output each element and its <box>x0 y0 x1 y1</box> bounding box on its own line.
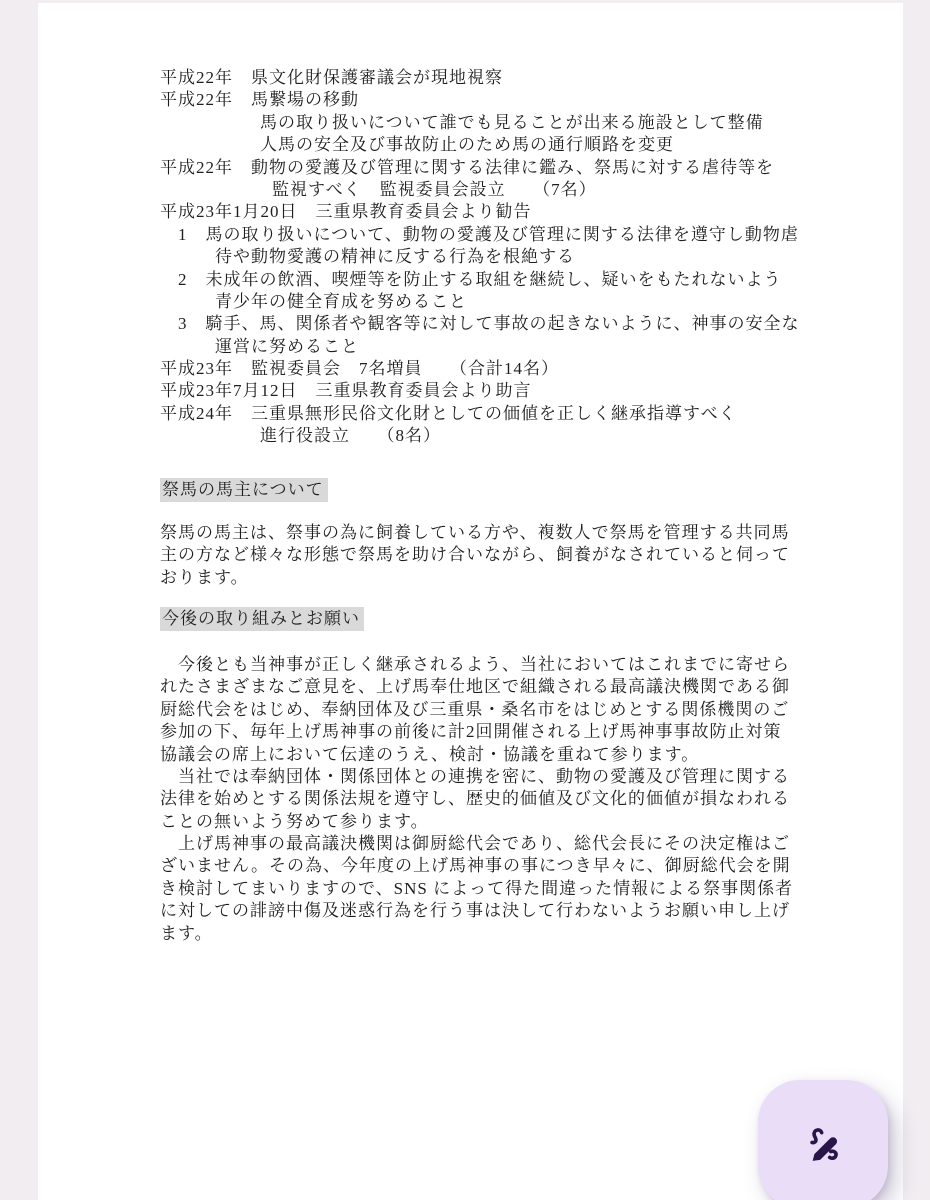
paragraph-line: 法律を始めとする関係法規を遵守し、歴史的価値及び文化的価値が損なわれる <box>160 788 860 810</box>
paragraph-line: 当社では奉納団体・関係団体との連携を密に、動物の愛護及び管理に関する <box>160 766 860 788</box>
section-heading-future-efforts: 今後の取り組みとお願い <box>160 607 364 631</box>
timeline-line: 平成22年 馬繋場の移動 <box>160 89 860 111</box>
timeline-line: 進行役設立 （8名） <box>160 425 860 447</box>
timeline-line: 運営に努めること <box>160 336 860 358</box>
section-heading-wrap-2: 今後の取り組みとお願い <box>160 607 364 631</box>
timeline-line: 平成22年 動物の愛護及び管理に関する法律に鑑み、祭馬に対する虐待等を <box>160 157 860 179</box>
timeline-line: 2 未成年の飲酒、喫煙等を防止する取組を継続し、疑いをもたれないよう <box>160 269 860 291</box>
timeline-line: 監視すべく 監視委員会設立 （7名） <box>160 179 860 201</box>
paragraph-line: 上げ馬神事の最高議決機関は御厨総代会であり、総代会長にその決定権はご <box>160 833 860 855</box>
timeline-line: 人馬の安全及び事故防止のため馬の通行順路を変更 <box>160 134 860 156</box>
section-heading-horse-owners: 祭馬の馬主について <box>160 478 328 502</box>
scribble-pen-icon <box>800 1121 846 1167</box>
timeline-line: 平成22年 県文化財保護審議会が現地視察 <box>160 67 860 89</box>
paragraph-horse-owners: 祭馬の馬主は、祭事の為に飼養している方や、複数人で祭馬を管理する共同馬主の方など… <box>160 522 860 589</box>
timeline-line: 平成23年1月20日 三重県教育委員会より勧告 <box>160 201 860 223</box>
paragraph-line: 主の方など様々な形態で祭馬を助け合いながら、飼養がなされていると伺って <box>160 544 860 566</box>
timeline-line: 1 馬の取り扱いについて、動物の愛護及び管理に関する法律を遵守し動物虐 <box>160 224 860 246</box>
timeline-line: 平成23年7月12日 三重県教育委員会より助言 <box>160 380 860 402</box>
document-page: 平成22年 県文化財保護審議会が現地視察平成22年 馬繋場の移動馬の取り扱いにつ… <box>38 3 903 1200</box>
paragraph-line: き検討してまいりますので、SNS によって得た間違った情報による祭事関係者 <box>160 878 860 900</box>
paragraph-line: 祭馬の馬主は、祭事の為に飼養している方や、複数人で祭馬を管理する共同馬 <box>160 522 860 544</box>
paragraph-line: れたさまざまなご意見を、上げ馬奉仕地区で組織される最高議決機関である御 <box>160 676 860 698</box>
paragraph-future-1: 今後とも当神事が正しく継承されるよう、当社においてはこれまでに寄せられたさまざま… <box>160 654 860 766</box>
timeline-line: 青少年の健全育成を努めること <box>160 291 860 313</box>
timeline-line: 馬の取り扱いについて誰でも見ることが出来る施設として整備 <box>160 112 860 134</box>
paragraph-line: ざいません。その為、今年度の上げ馬神事の事につき早々に、御厨総代会を開 <box>160 855 860 877</box>
timeline-line: 平成23年 監視委員会 7名増員 （合計14名） <box>160 358 860 380</box>
timeline-line: 待や動物愛護の精神に反する行為を根絶する <box>160 246 860 268</box>
paragraph-line: 厨総代会をはじめ、奉納団体及び三重県・桑名市をはじめとする関係機関のご <box>160 699 860 721</box>
paragraph-line: ます。 <box>160 923 860 945</box>
paragraph-line: おります。 <box>160 567 860 589</box>
draw-annotation-button[interactable] <box>758 1080 888 1200</box>
section-heading-wrap-1: 祭馬の馬主について <box>160 478 328 502</box>
timeline-line: 平成24年 三重県無形民俗文化財としての価値を正しく継承指導すべく <box>160 403 860 425</box>
paragraph-line: 参加の下、毎年上げ馬神事の前後に計2回開催される上げ馬神事事故防止対策 <box>160 721 860 743</box>
timeline-line: 3 騎手、馬、関係者や観客等に対して事故の起きないように、神事の安全な <box>160 313 860 335</box>
paragraph-future-3: 上げ馬神事の最高議決機関は御厨総代会であり、総代会長にその決定権はございません。… <box>160 833 860 945</box>
paragraph-line: ことの無いよう努めて参ります。 <box>160 811 860 833</box>
paragraph-future-2: 当社では奉納団体・関係団体との連携を密に、動物の愛護及び管理に関する法律を始めと… <box>160 766 860 833</box>
timeline-block: 平成22年 県文化財保護審議会が現地視察平成22年 馬繋場の移動馬の取り扱いにつ… <box>160 67 860 448</box>
paragraph-line: に対しての誹謗中傷及迷惑行為を行う事は決して行わないようお願い申し上げ <box>160 900 860 922</box>
paragraph-line: 協議会の席上において伝達のうえ、検討・協議を重ねて参ります。 <box>160 744 860 766</box>
paragraph-line: 今後とも当神事が正しく継承されるよう、当社においてはこれまでに寄せら <box>160 654 860 676</box>
page-background: 平成22年 県文化財保護審議会が現地視察平成22年 馬繋場の移動馬の取り扱いにつ… <box>0 0 930 1200</box>
